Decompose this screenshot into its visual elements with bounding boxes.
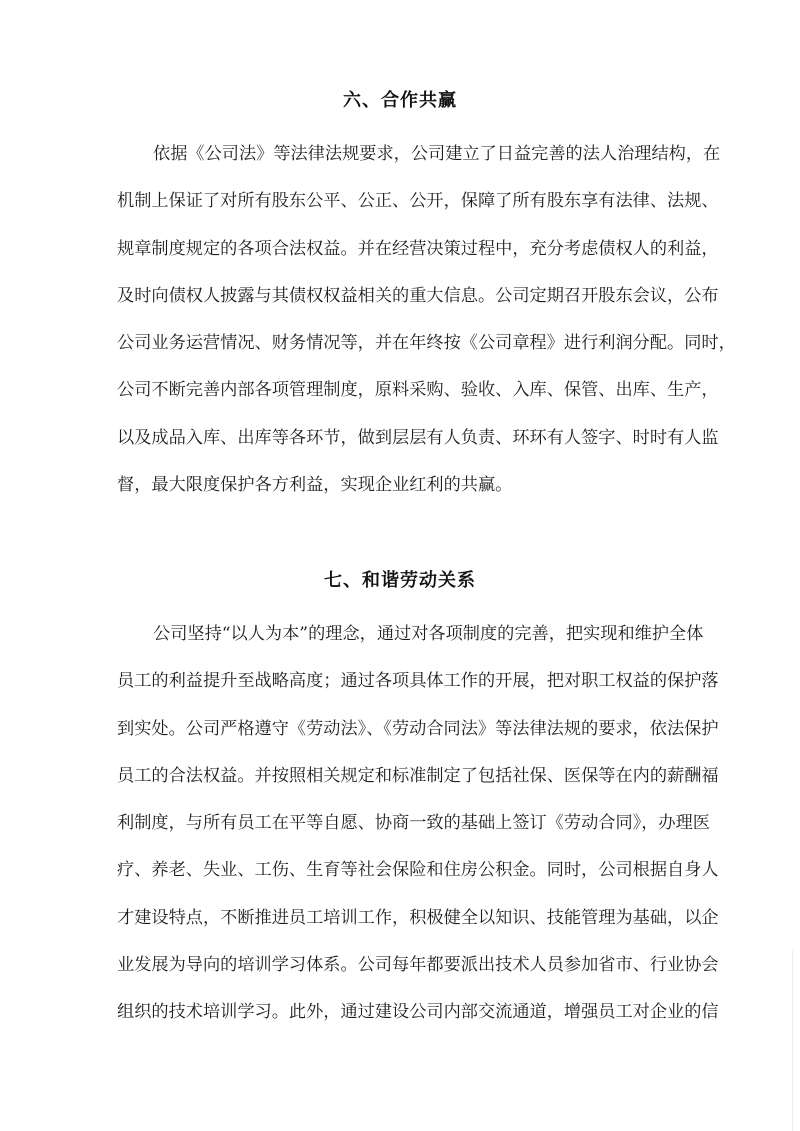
paragraph-line: 业发展为导向的培训学习体系。公司每年都要派出技术人员参加省市、行业协会 — [117, 942, 685, 989]
paragraph-line: 组织的技术培训学习。此外，通过建设公司内部交流通道，增强员工对企业的信 — [117, 989, 685, 1036]
paragraph-cooperation: 依据《公司法》等法律法规要求，公司建立了日益完善的法人治理结构，在 机制上保证了… — [117, 131, 685, 509]
paragraph-line: 公司不断完善内部各项管理制度，原料采购、验收、入库、保管、出库、生产， — [117, 367, 685, 414]
section-heading-cooperation: 六、合作共赢 — [0, 86, 800, 112]
paragraph-line: 到实处。公司严格遵守《劳动法》、《劳动合同法》等法律法规的要求，依法保护 — [117, 706, 685, 753]
paragraph-line: 公司坚持“以人为本”的理念，通过对各项制度的完善，把实现和维护全体 — [117, 611, 685, 658]
paragraph-line: 才建设特点，不断推进员工培训工作，积极健全以知识、技能管理为基础，以企 — [117, 895, 685, 942]
scan-edge-artifact — [792, 950, 793, 1131]
section-heading-labor-relations: 七、和谐劳动关系 — [0, 566, 800, 592]
paragraph-line: 疗、养老、失业、工伤、生育等社会保险和住房公积金。同时，公司根据自身人 — [117, 847, 685, 894]
paragraph-line: 公司业务运营情况、财务情况等，并在年终按《公司章程》进行利润分配。同时， — [117, 320, 685, 367]
paragraph-labor-relations: 公司坚持“以人为本”的理念，通过对各项制度的完善，把实现和维护全体 员工的利益提… — [117, 611, 685, 1037]
paragraph-line: 及时向债权人披露与其债权权益相关的重大信息。公司定期召开股东会议，公布 — [117, 273, 685, 320]
paragraph-line: 督，最大限度保护各方利益，实现企业红利的共赢。 — [117, 462, 685, 509]
document-page: 六、合作共赢 依据《公司法》等法律法规要求，公司建立了日益完善的法人治理结构，在… — [0, 0, 800, 1131]
paragraph-line: 利制度，与所有员工在平等自愿、协商一致的基础上签订《劳动合同》，办理医 — [117, 800, 685, 847]
paragraph-line: 机制上保证了对所有股东公平、公正、公开，保障了所有股东享有法律、法规、 — [117, 178, 685, 225]
paragraph-line: 规章制度规定的各项合法权益。并在经营决策过程中，充分考虑债权人的利益， — [117, 226, 685, 273]
paragraph-line: 以及成品入库、出库等各环节，做到层层有人负责、环环有人签字、时时有人监 — [117, 415, 685, 462]
paragraph-line: 员工的利益提升至战略高度；通过各项具体工作的开展，把对职工权益的保护落 — [117, 658, 685, 705]
paragraph-line: 员工的合法权益。并按照相关规定和标准制定了包括社保、医保等在内的薪酬福 — [117, 753, 685, 800]
paragraph-line: 依据《公司法》等法律法规要求，公司建立了日益完善的法人治理结构，在 — [117, 131, 685, 178]
